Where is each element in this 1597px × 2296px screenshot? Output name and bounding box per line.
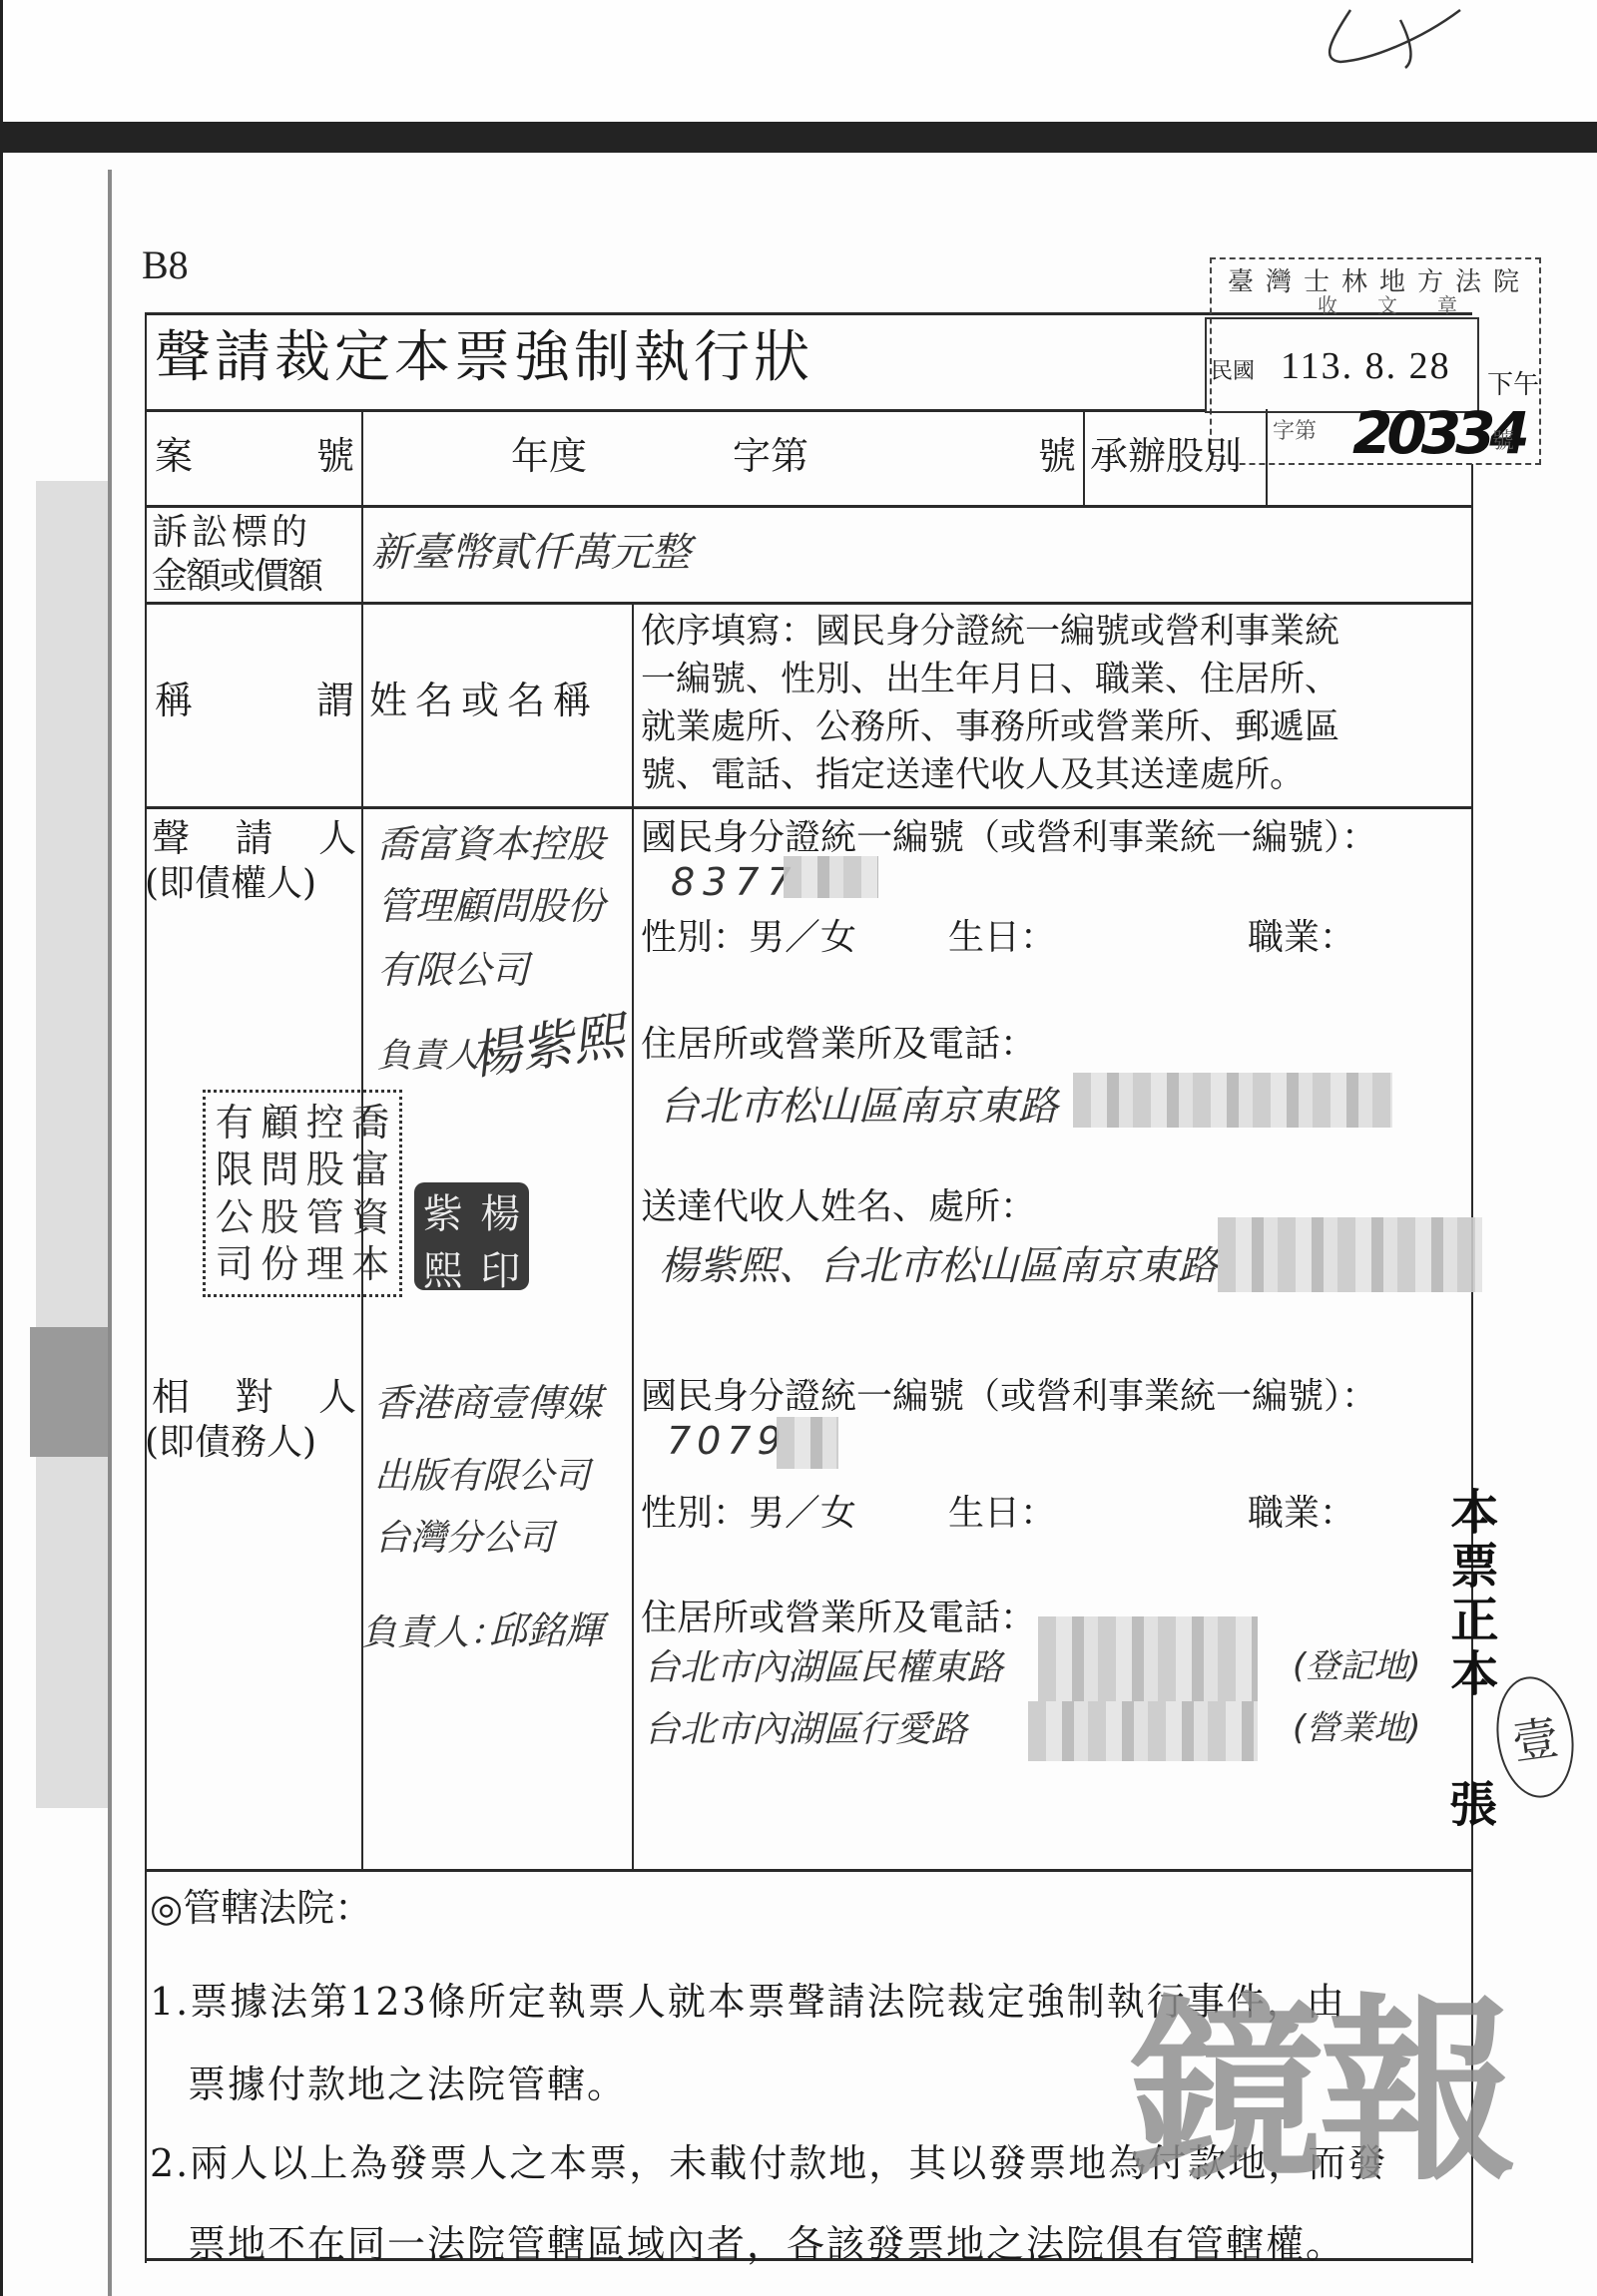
redacted-respondent-id [777,1417,838,1469]
applicant-name-line-1: 喬富資本控股 [377,822,605,868]
publisher-watermark: 鏡報 [1128,1994,1511,2191]
respondent-birthday-label: 生日： [948,1492,1056,1535]
adjacent-page-strip [36,481,108,1808]
note-original-stamp: 本票正本 [1445,1487,1505,1702]
jurisdiction-item-2-line-2: 票地不在同一法院管轄區域內者，各該發票地之法院俱有管轄權。 [188,2213,1345,2268]
respondent-id-label: 國民身分證統一編號（或營利事業統一編號）： [641,1375,1377,1418]
respondent-gender-label: 性別：男／女 [641,1492,856,1535]
jurisdiction-title: ◎管轄法院： [150,1886,372,1932]
table-left-border [145,312,147,2263]
case-col-divider-2 [1083,409,1085,507]
redacted-registered-address [1038,1616,1258,1701]
form-code: B8 [142,241,189,288]
case-word-label: 字第 [733,434,808,480]
amount-label-line1: 訴訟標的 [152,511,311,554]
respondent-registered-address: 台北市內湖區民權東路 [644,1646,1003,1689]
redacted-address [1073,1073,1392,1128]
claim-amount: 新臺幣貳仟萬元整 [371,529,691,577]
applicant-id-label: 國民身分證統一編號（或營利事業統一編號）： [641,816,1377,859]
redacted-id [784,856,878,898]
agent-value: 楊紫熙、台北市松山區南京東路 [659,1242,1218,1290]
business-address-tag: (營業地) [1293,1708,1421,1749]
case-number-label: 案 號 [155,434,354,480]
case-row-bottom [145,505,1472,508]
case-col-divider-1 [361,409,363,507]
registered-address-tag: (登記地) [1293,1646,1421,1687]
applicant-occupation-label: 職業： [1248,916,1355,959]
applicant-name-line-3: 有限公司 [377,948,529,994]
case-number-suffix: 號 [1038,434,1076,480]
col-divider-details [632,602,634,1870]
header-row-bottom [145,806,1472,809]
applicant-role-label: 聲 請 人 [152,816,356,862]
page-left-edge [108,170,112,2296]
applicant-id-value: 8377 [671,860,799,906]
respondent-role-sub: (即債務人) [145,1421,316,1464]
applicant-name-line-2: 管理顧問股份 [377,884,605,930]
designation-label: 稱 謂 [155,679,354,724]
receipt-label: 字第 [1273,414,1317,445]
instruction-line-1: 依序填寫：國民身分證統一編號或營利事業統 [641,611,1339,653]
previous-page-area [0,0,1597,122]
applicant-birthday-label: 生日： [948,916,1056,959]
date-prefix: 民國 [1211,354,1255,385]
respondent-occupation-label: 職業： [1248,1492,1355,1535]
handwritten-mark-icon [1311,0,1510,70]
page-divider-bar [0,122,1597,153]
division-label: 承辦股別 [1090,434,1242,480]
respondent-name-line-1: 香港商壹傳媒 [374,1381,602,1427]
applicant-address-value: 台北市松山區南京東路 [659,1083,1058,1131]
redacted-agent-address [1218,1217,1482,1292]
respondent-representative-label: 負責人： [361,1611,505,1654]
redacted-business-address [1028,1701,1258,1761]
applicant-address-label: 住居所或營業所及電話： [641,1023,1036,1066]
agent-label: 送達代收人姓名、處所： [641,1185,1036,1228]
title-row-bottom [145,409,1205,412]
respondent-name-line-2: 出版有限公司 [374,1455,590,1498]
applicant-role-sub: (即債權人) [145,862,316,905]
applicant-gender-label: 性別：男／女 [641,916,856,959]
case-year-label: 年度 [511,434,587,480]
respondent-id-value: 7079 [667,1419,788,1465]
respondent-name-line-3: 台灣分公司 [374,1517,554,1560]
instruction-line-4: 號、電話、指定送達代收人及其送達處所。 [641,754,1305,796]
adjacent-page-stamp [30,1327,110,1457]
page-title: 聲請裁定本票強制執行狀 [155,324,813,391]
amount-row-bottom [145,602,1472,605]
amount-label-line2: 金額或價額 [152,555,321,598]
note-count-unit: 張 [1449,1766,1497,1835]
instruction-line-2: 一編號、性別、出生年月日、職業、住居所、 [641,659,1339,700]
representative-seal: 紫 楊 熙 印 [414,1182,529,1290]
receipt-am-pm: 下午 [1487,364,1539,401]
jurisdiction-item-1-line-2: 票據付款地之法院管轄。 [188,2054,627,2108]
respondent-address-label: 住居所或營業所及電話： [641,1597,1036,1639]
receipt-date: 113. 8. 28 [1281,344,1451,388]
instruction-line-3: 就業處所、公務所、事務所或營業所、郵遞區 [641,706,1339,748]
party-section-bottom [145,1869,1472,1872]
respondent-role-label: 相 對 人 [152,1375,356,1421]
stamp-sub-label: 收文章 [1318,289,1497,318]
name-column-label: 姓名或名稱 [369,679,599,724]
receipt-number-suffix: 號 [1492,424,1514,455]
respondent-business-address: 台北市內湖區行愛路 [644,1708,967,1751]
respondent-representative-name: 邱銘輝 [489,1608,603,1654]
company-seal: 有 顧 控 喬 限 問 股 富 公 股 管 資 司 份 理 本 [203,1090,402,1297]
